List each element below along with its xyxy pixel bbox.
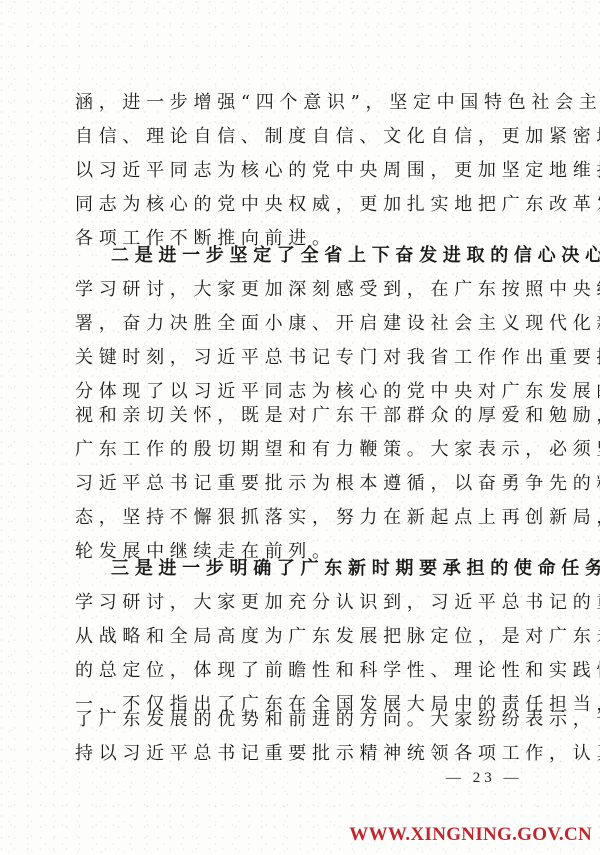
paragraph-heading-line: 三是进一步明确了广东新时期要承担的使命任务。通过: [111, 557, 581, 581]
line-text: 分体现了以习近平同志为核心的党中央对广东发展的高度重: [75, 381, 600, 402]
text-line: 习近平总书记重要批示为根本遵循，以奋勇争先的精神状: [75, 472, 545, 496]
text-line: 署，奋力决胜全面小康、开启建设社会主义现代化新征程的: [75, 312, 545, 336]
text-line: 分体现了以习近平同志为核心的党中央对广东发展的高度重: [75, 380, 545, 404]
text-line: 涵，进一步增强“四个意识”，坚定中国特色社会主义道路: [75, 91, 545, 115]
line-text: 自信、理论自信、制度自信、文化自信，更加紧密地团结在: [75, 126, 600, 147]
line-text: 持以习近平总书记重要批示精神统领各项工作，认真总结梳: [75, 743, 600, 764]
line-text: 学习研讨，大家更加深刻感受到，在广东按照中央统一部: [75, 279, 600, 300]
paragraph-lead: 二是进一步坚定了全省上下奋发进取的信心决心。: [111, 245, 600, 266]
paragraph-heading-line: 二是进一步坚定了全省上下奋发进取的信心决心。通过: [111, 244, 581, 268]
line-text: 了广东发展的优势和前进的方向。大家纷纷表示，一定要坚: [75, 709, 600, 730]
text-line: 持以习近平总书记重要批示精神统领各项工作，认真总结梳: [75, 742, 545, 766]
text-line: 视和亲切关怀，既是对广东干部群众的厚爱和勉励，也是对: [75, 404, 545, 428]
document-page: 涵，进一步增强“四个意识”，坚定中国特色社会主义道路自信、理论自信、制度自信、文…: [0, 0, 600, 855]
paragraph-lead: 三是进一步明确了广东新时期要承担的使命任务。: [111, 558, 600, 579]
site-watermark: WWW.XINGNING.GOV.CN: [349, 824, 592, 846]
line-text: 视和亲切关怀，既是对广东干部群众的厚爱和勉励，也是对: [75, 405, 600, 426]
text-line: 以习近平同志为核心的党中央周围，更加坚定地维护以习近平: [75, 159, 545, 183]
text-line: 态，坚持不懈狠抓落实，努力在新起点上再创新局，在新一: [75, 506, 545, 530]
line-text: 态，坚持不懈狠抓落实，努力在新起点上再创新局，在新一: [75, 507, 600, 528]
text-line: 自信、理论自信、制度自信、文化自信，更加紧密地团结在: [75, 125, 545, 149]
line-text: 习近平总书记重要批示为根本遵循，以奋勇争先的精神状: [75, 473, 600, 494]
text-line: 的总定位，体现了前瞻性和科学性、理论性和实践性的统: [75, 659, 545, 683]
text-line: 同志为核心的党中央权威，更加扎实地把广东改革发展稳定: [75, 193, 545, 217]
line-text: 学习研讨，大家更加充分认识到，习近平总书记的重要批示: [75, 592, 600, 613]
text-line: 关键时刻，习近平总书记专门对我省工作作出重要批示，充: [75, 346, 545, 370]
line-text: 关键时刻，习近平总书记专门对我省工作作出重要批示，充: [75, 347, 600, 368]
text-line: 学习研讨，大家更加深刻感受到，在广东按照中央统一部: [75, 278, 545, 302]
text-line: 从战略和全局高度为广东发展把脉定位，是对广东未来工作: [75, 625, 545, 649]
line-text: 广东工作的殷切期望和有力鞭策。大家表示，必须坚持以: [75, 439, 600, 460]
text-line: 广东工作的殷切期望和有力鞭策。大家表示，必须坚持以: [75, 438, 545, 462]
line-text: 以习近平同志为核心的党中央周围，更加坚定地维护以习近平: [75, 160, 600, 181]
line-text: 同志为核心的党中央权威，更加扎实地把广东改革发展稳定: [75, 194, 600, 215]
page-number: — 23 —: [446, 770, 523, 787]
text-line: 学习研讨，大家更加充分认识到，习近平总书记的重要批示: [75, 591, 545, 615]
line-text: 署，奋力决胜全面小康、开启建设社会主义现代化新征程的: [75, 313, 600, 334]
line-text: 从战略和全局高度为广东发展把脉定位，是对广东未来工作: [75, 626, 600, 647]
line-text: 的总定位，体现了前瞻性和科学性、理论性和实践性的统: [75, 660, 600, 681]
line-text: 涵，进一步增强“四个意识”，坚定中国特色社会主义道路: [75, 92, 600, 113]
text-line: 了广东发展的优势和前进的方向。大家纷纷表示，一定要坚: [75, 708, 545, 732]
